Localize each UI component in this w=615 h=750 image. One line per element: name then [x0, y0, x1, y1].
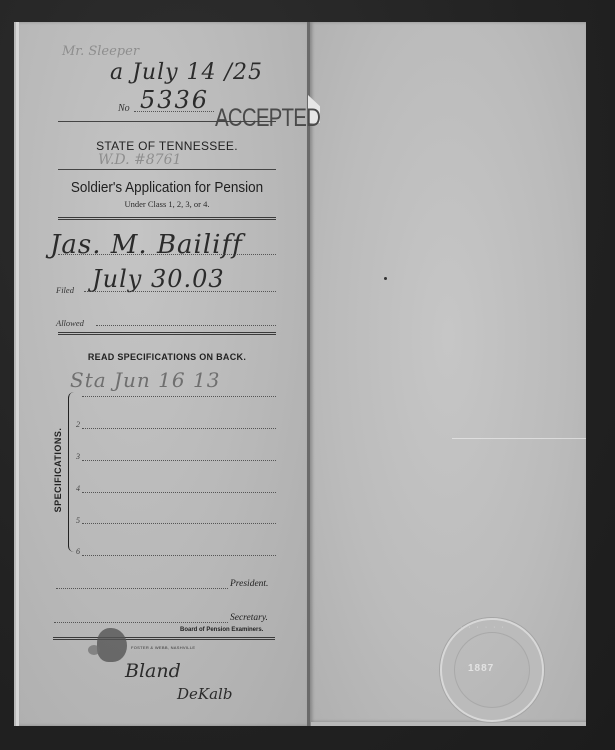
- allowed-double-rule: [58, 332, 276, 335]
- specifications-vertical-label: SPECIFICATIONS.: [53, 428, 63, 513]
- handwritten-bland: Bland: [125, 660, 181, 682]
- allowed-dotted-line: [96, 325, 276, 326]
- secretary-label: Secretary.: [230, 613, 268, 623]
- spec-number-4: 4: [76, 484, 80, 493]
- right-cover-panel: [310, 22, 586, 722]
- ink-blot-small: [88, 645, 100, 655]
- footer-double-rule: [53, 637, 275, 640]
- name-dotted-line: [58, 254, 276, 255]
- title-double-rule: [58, 217, 276, 220]
- spec-number-5: 5: [76, 516, 80, 525]
- form-subtitle: Under Class 1, 2, 3, or 4.: [58, 199, 276, 209]
- filed-label: Filed: [56, 285, 74, 295]
- secretary-dotted-line: [54, 622, 228, 623]
- war-department-number: W.D. #8761: [98, 152, 181, 168]
- faint-pencil-note: Mr. Sleeper: [62, 44, 139, 59]
- form-title: Soldier's Application for Pension: [58, 180, 276, 196]
- header-rule: [58, 121, 276, 122]
- applicant-name: Jas. M. Bailiff: [50, 230, 243, 260]
- board-label: Board of Pension Examiners.: [180, 627, 263, 633]
- paper-crease: [452, 438, 586, 439]
- number-label: No: [118, 103, 130, 114]
- state-rule: [58, 169, 276, 170]
- read-specifications-note: READ SPECIFICATIONS ON BACK.: [58, 352, 276, 362]
- spec-number-6: 6: [76, 547, 80, 556]
- spec-line-6: [82, 555, 276, 556]
- application-number: 5336: [140, 86, 209, 114]
- handwritten-date: a July 14 /25: [110, 60, 263, 85]
- spec-line-4: [82, 492, 276, 493]
- spec-number-2: 2: [76, 420, 80, 429]
- seal-ring-text: · · · · · ·: [460, 624, 506, 631]
- specifications-brace: [68, 392, 75, 552]
- filed-date: July 30.03: [92, 265, 225, 293]
- spec-line-5: [82, 523, 276, 524]
- accepted-stamp: ACCEPTED: [215, 104, 320, 133]
- filed-dotted-line: [84, 291, 276, 292]
- spec-line-2: [82, 428, 276, 429]
- seal-center-text: 1887: [468, 663, 494, 674]
- state-title: STATE OF TENNESSEE.: [58, 139, 276, 153]
- printer-imprint: FOSTER & WEBB, NASHVILLE: [131, 645, 195, 650]
- spec-line-3: [82, 460, 276, 461]
- specification-1-value: Sta Jun 16 13: [70, 368, 220, 392]
- allowed-label: Allowed: [56, 318, 84, 328]
- president-dotted-line: [56, 588, 228, 589]
- ink-blot: [97, 628, 127, 662]
- ink-dot: [384, 277, 387, 280]
- spec-line-1: [82, 396, 276, 397]
- handwritten-dekalb: DeKalb: [177, 685, 232, 703]
- president-label: President.: [230, 579, 268, 589]
- spec-number-3: 3: [76, 452, 80, 461]
